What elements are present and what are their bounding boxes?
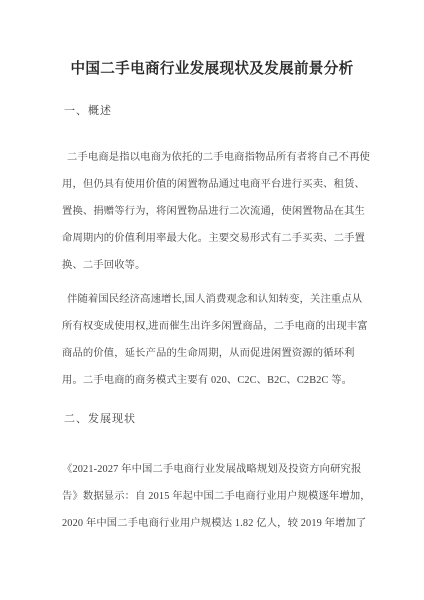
text-line: 2020 年中国二手电商行业用户规模达 1.82 亿人，较 2019 年增加了 bbox=[62, 510, 364, 537]
text-line: 告》数据显示：自 2015 年起中国二手电商行业用户规模逐年增加， bbox=[62, 483, 364, 510]
text-line: 换、二手回收等。 bbox=[62, 252, 364, 279]
paragraph-status-report: 《2021-2027 年中国二手电商行业发展战略规划及投资方向研究报 告》数据显… bbox=[62, 456, 364, 537]
document-title: 中国二手电商行业发展现状及发展前景分析 bbox=[0, 58, 424, 80]
text-line: 命周期内的价值利用率最大化。主要交易形式有二手买卖、二手置 bbox=[62, 225, 364, 252]
document-page: 中国二手电商行业发展现状及发展前景分析 一、概述 二手电商是指以电商为依托的二手… bbox=[0, 0, 424, 600]
text-line: 《2021-2027 年中国二手电商行业发展战略规划及投资方向研究报 bbox=[62, 456, 364, 483]
paragraph-overview-definition: 二手电商是指以电商为依托的二手电商指物品所有者将自己不再使 用，但仍具有使用价值… bbox=[62, 144, 364, 279]
section-heading-development-status: 二、发展现状 bbox=[64, 412, 136, 426]
text-line: 用，但仍具有使用价值的闲置物品通过电商平台进行买卖、租赁、 bbox=[62, 171, 364, 198]
paragraph-overview-background: 伴随着国民经济高速增长,国人消费观念和认知转变，关注重点从 所有权变成使用权,进… bbox=[62, 286, 364, 394]
section-heading-overview: 一、概述 bbox=[64, 104, 112, 118]
text-line: 置换、捐赠等行为，将闲置物品进行二次流通，使闲置物品在其生 bbox=[62, 198, 364, 225]
text-line: 用。二手电商的商务模式主要有 020、C2C、B2C、C2B2C 等。 bbox=[62, 367, 364, 394]
text-line: 商品的价值，延长产品的生命周期，从而促进闲置资源的循环利 bbox=[62, 340, 364, 367]
text-line: 所有权变成使用权,进而催生出许多闲置商品，二手电商的出现丰富 bbox=[62, 313, 364, 340]
text-line: 伴随着国民经济高速增长,国人消费观念和认知转变，关注重点从 bbox=[62, 286, 364, 313]
text-line: 二手电商是指以电商为依托的二手电商指物品所有者将自己不再使 bbox=[62, 144, 364, 171]
